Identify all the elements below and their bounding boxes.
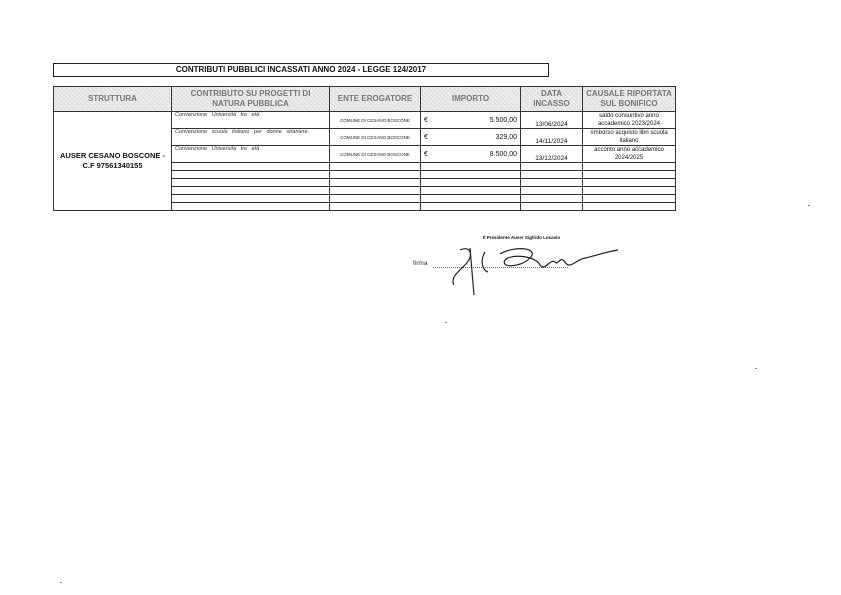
data-cell: 13/12/2024 [521,146,583,163]
causale-cell: acconto anno accademico 2024/2025 [583,146,676,163]
currency-symbol: € [424,117,428,124]
header-contributo: CONTRIBUTO SU PROGETTI DI NATURA PUBBLIC… [172,87,330,112]
scan-speck [60,582,62,583]
handwritten-signature-icon [440,240,620,300]
header-struttura: STRUTTURA [54,87,172,112]
importo-cell: €5.500,00 [421,112,521,129]
table-header-row: STRUTTURA CONTRIBUTO SU PROGETTI DI NATU… [54,87,676,112]
header-data: DATA INCASSO [521,87,583,112]
causale-cell: saldo consuntivo anno accademico 2023/20… [583,112,676,129]
header-ente: ENTE EROGATORE [330,87,421,112]
importo-value: 8.500,00 [490,151,517,158]
causale-cell: rimborso acquisto libri scuola italiano [583,129,676,146]
document-title: CONTRIBUTI PUBBLICI INCASSATI ANNO 2024 … [53,63,549,77]
header-importo: IMPORTO [421,87,521,112]
progetto-cell: Convenzione scuola italiano per donne st… [172,129,330,146]
ente-cell: COMUNE DI CESANO BOSCONE [330,146,421,163]
struttura-cell: AUSER CESANO BOSCONE - C.F 97561340155 [54,112,172,211]
ente-cell: COMUNE DI CESANO BOSCONE [330,112,421,129]
header-causale: CAUSALE RIPORTATA SUL BONIFICO [583,87,676,112]
importo-cell: €8.500,00 [421,146,521,163]
scan-speck [755,368,757,369]
ente-cell: COMUNE DI CESANO BOSCONE [330,129,421,146]
importo-value: 329,00 [496,134,517,141]
currency-symbol: € [424,134,428,141]
importo-cell: €329,00 [421,129,521,146]
currency-symbol: € [424,151,428,158]
data-cell: 14/11/2024 [521,129,583,146]
progetto-cell: Convenzione Università tre età [172,146,330,163]
scan-speck [808,205,810,206]
data-cell: 13/06/2024 [521,112,583,129]
importo-value: 5.500,00 [490,117,517,124]
firma-label: firma [413,260,427,267]
scan-speck [445,322,447,323]
progetto-cell: Convenzione Università tre età [172,112,330,129]
table-row: AUSER CESANO BOSCONE - C.F 97561340155 C… [54,112,676,129]
contributions-table: STRUTTURA CONTRIBUTO SU PROGETTI DI NATU… [53,86,676,211]
